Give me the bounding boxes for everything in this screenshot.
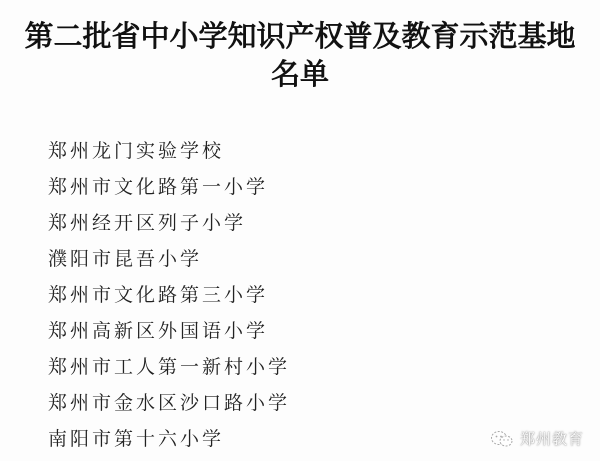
list-item: 郑州市文化路第一小学 (48, 169, 290, 205)
wechat-icon (490, 430, 514, 448)
list-item: 濮阳市昆吾小学 (48, 241, 290, 277)
watermark-text: 郑州教育 (520, 428, 584, 449)
list-item: 郑州市工人第一新村小学 (48, 349, 290, 385)
document-title-line1: 第二批省中小学知识产权普及教育示范基地 (0, 18, 600, 54)
school-list: 郑州龙门实验学校 郑州市文化路第一小学 郑州经开区列子小学 濮阳市昆吾小学 郑州… (48, 133, 290, 457)
list-item: 郑州市金水区沙口路小学 (48, 385, 290, 421)
list-item: 南阳市第十六小学 (48, 421, 290, 457)
document-title-line2: 名单 (0, 56, 600, 92)
list-item: 郑州经开区列子小学 (48, 205, 290, 241)
list-item: 郑州市文化路第三小学 (48, 277, 290, 313)
list-item: 郑州高新区外国语小学 (48, 313, 290, 349)
list-item: 郑州龙门实验学校 (48, 133, 290, 169)
watermark: 郑州教育 (490, 428, 584, 449)
